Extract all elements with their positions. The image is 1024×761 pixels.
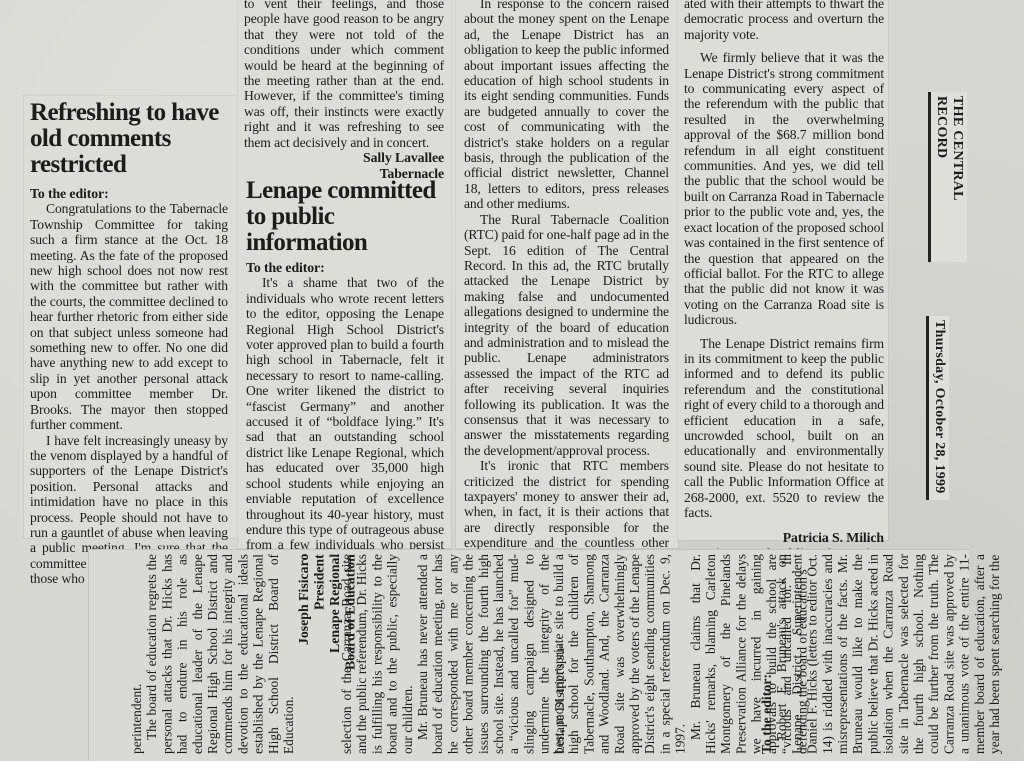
masthead-publication-name: THE CENTRAL RECORD — [928, 92, 967, 262]
headline-lenape: Lenape committed to public information — [246, 178, 444, 256]
paragraph: Mr. Bruneau has never attended a board o… — [415, 554, 567, 754]
clipping-rotated-letter: To the editor: Robert E. Bruneau's attac… — [88, 549, 969, 761]
paragraph: ated with their attempts to thwart the d… — [684, 0, 884, 42]
rotated-content: To the editor: Robert E. Bruneau's attac… — [89, 550, 969, 761]
letter-lenape-column-1: Lenape committed to public information T… — [246, 178, 444, 584]
letter-refreshing-continued: to vent their feelings, and those people… — [244, 0, 444, 181]
signature-org: Lenape Regional — [327, 554, 343, 754]
paragraph: In response to the concern raised about … — [464, 0, 669, 212]
letter-refreshing-column: Refreshing to have old comments restrict… — [30, 100, 228, 587]
salutation: To the editor: — [246, 260, 444, 275]
headline-refreshing: Refreshing to have old comments restrict… — [30, 100, 228, 178]
letter-lenape-column-3: ated with their attempts to thwart the d… — [684, 0, 884, 577]
letter-lenape-column-2: In response to the concern raised about … — [464, 0, 669, 566]
signature-name: Sally Lavallee — [244, 150, 444, 166]
signature-name: Joseph Fisicaro — [296, 554, 312, 754]
rotated-letter-column-2: best, most appropriate site to build a h… — [551, 554, 751, 754]
paragraph: Mr. Bruneau claims that Dr. Hicks' remar… — [688, 554, 810, 754]
rotated-letter-column-3: selection of the Carranza Road site and … — [339, 554, 539, 754]
paragraph: It's a shame that two of the individuals… — [246, 275, 444, 583]
signature-name: Patricia S. Milich — [684, 530, 884, 546]
paragraph: The Rural Tabernacle Coalition (RTC) pai… — [464, 212, 669, 459]
paragraph: The board of education regrets the perso… — [144, 554, 296, 754]
paragraph: Congratulations to the Tabernacle Townsh… — [30, 201, 228, 432]
signature-title: President — [312, 554, 328, 754]
signature-org-2: Board of Education — [343, 554, 359, 754]
rotated-letter-column-4: perintendent. The board of education reg… — [129, 554, 329, 754]
paragraph: The Lenape District remains firm in its … — [684, 336, 884, 521]
paragraph: We firmly believe that it was the Lenape… — [684, 50, 884, 327]
salutation: To the editor: — [30, 186, 228, 201]
paragraph: perintendent. — [129, 554, 144, 754]
masthead-date: Thursday, October 28, 1999 — [926, 316, 949, 500]
paragraph: to vent their feelings, and those people… — [244, 0, 444, 150]
paragraph: best, most appropriate site to build a h… — [551, 554, 688, 754]
